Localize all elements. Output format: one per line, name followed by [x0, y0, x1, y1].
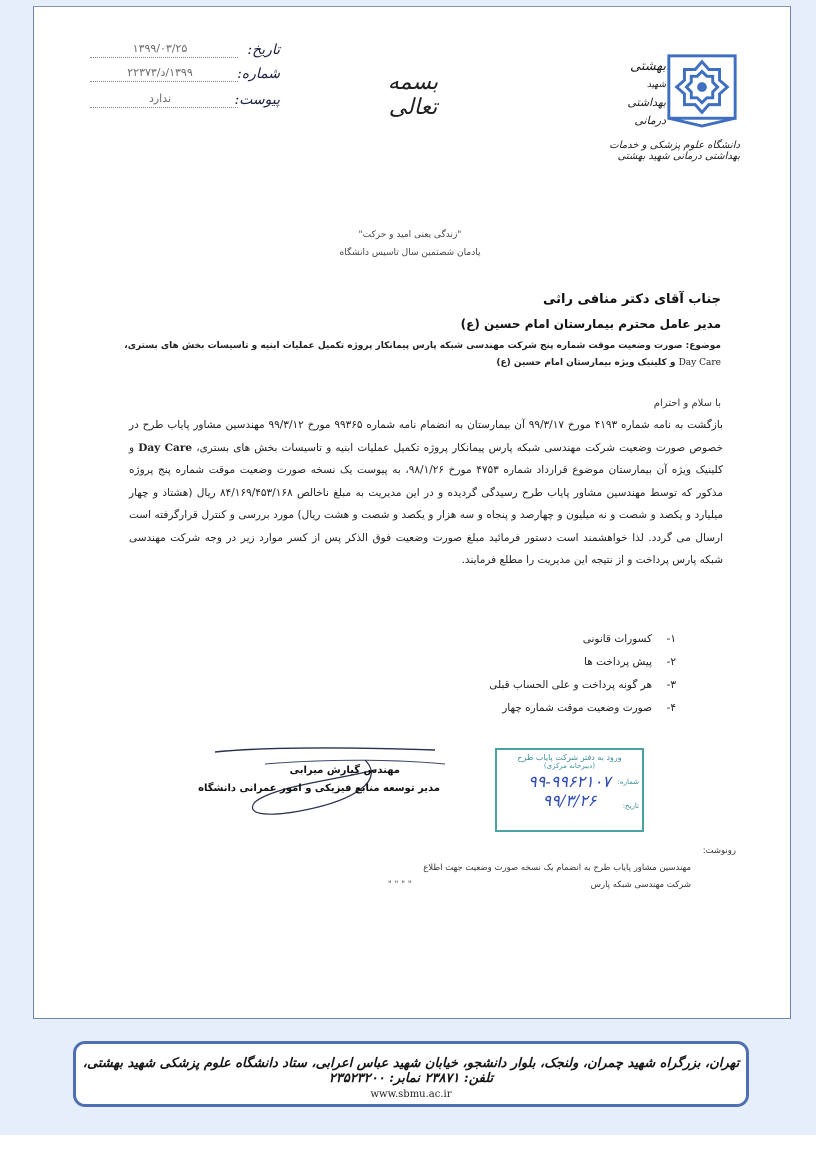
logo-line: شهید: [600, 76, 666, 94]
list-item: ۲-پیش پرداخت ها: [376, 651, 676, 674]
meta-date-value: ۱۳۹۹/۰۳/۲۵: [110, 42, 210, 55]
recipient: جناب آقای دکتر منافی راثی مدیر عامل محتر…: [261, 287, 721, 337]
body-day-care: Day Care: [138, 442, 192, 454]
stamp-subtitle: (دبیرخانه مرکزی): [497, 762, 642, 770]
recipient-title: مدیر عامل محترم بیمارستان امام حسین (ع): [261, 312, 721, 337]
cc-item: مهندسین مشاور پایاب طرح به انضمام یک نسخ…: [191, 860, 691, 877]
footer-address: تهران، بزرگراه شهید چمران، ولنجک، بلوار …: [76, 1056, 746, 1086]
meta-date: تاریخ: ۱۳۹۹/۰۳/۲۵: [90, 42, 230, 62]
meta-attachment-label: پیوست:: [234, 92, 280, 108]
list-item: ۱-کسورات قانونی: [376, 628, 676, 651]
meta-date-label: تاریخ:: [247, 42, 280, 58]
meta-attachment-value: ندارد: [130, 92, 190, 105]
slogan-line-2: یادمان شصتمین سال تاسیس دانشگاه: [300, 244, 520, 262]
cc-item: شرکت مهندسی شبکه پارس " " " ": [191, 877, 691, 894]
stamp-date-label: تاریخ:: [623, 802, 639, 810]
body-part-2: و کلینیک ویژه آن بیمارستان موضوع قرارداد…: [129, 442, 723, 567]
list-text: کسورات قانونی: [583, 633, 652, 645]
list-number: ۱-: [652, 628, 676, 651]
subject-day-care: Day Care: [679, 358, 721, 368]
list-item: ۴-صورت وضعیت موقت شماره چهار: [376, 697, 676, 720]
ditto-marks: " " " ": [388, 877, 588, 894]
stamp-date: ۹۹/۳/۲۶: [497, 791, 642, 810]
list-text: هر گونه پرداخت و علی الحساب قبلی: [489, 679, 652, 691]
meta-number-label: شماره:: [237, 66, 280, 82]
cc-recipient: مهندسین مشاور پایاب طرح به انضمام یک نسخ…: [423, 863, 691, 873]
deductions-list: ۱-کسورات قانونی ۲-پیش پرداخت ها ۳-هر گون…: [376, 628, 676, 720]
list-number: ۳-: [652, 674, 676, 697]
basmala: بسمه تعالی: [378, 70, 448, 120]
subject: موضوع: صورت وضعیت موقت شماره پنج شرکت مه…: [101, 338, 721, 372]
signature-block: مهندس گیارش میرابی مدیر توسعه منابع فیزی…: [180, 762, 440, 798]
signer-title: مدیر توسعه منابع فیزیکی و امور عمرانی دا…: [180, 780, 440, 798]
cc-recipient: شرکت مهندسی شبکه پارس: [591, 880, 691, 890]
letterhead-footer: تهران، بزرگراه شهید چمران، ولنجک، بلوار …: [73, 1041, 749, 1107]
subject-line-2: Day Care و کلینیک ویژه بیمارستان امام حس…: [101, 355, 721, 372]
dotted-line: [90, 57, 238, 58]
recipient-name: جناب آقای دکتر منافی راثی: [261, 287, 721, 312]
list-number: ۲-: [652, 651, 676, 674]
subject-line-1: موضوع: صورت وضعیت موقت شماره پنج شرکت مه…: [101, 338, 721, 355]
logo-text: بهشتی شهید بهداشتی درمانی: [600, 58, 666, 130]
signer-name: مهندس گیارش میرابی: [180, 762, 400, 780]
received-stamp: ورود به دفتر شرکت پایاب طرح (دبیرخانه مر…: [495, 748, 644, 832]
stamp-number-label: شماره:: [618, 778, 639, 786]
meta-attachment: پیوست: ندارد: [90, 92, 230, 112]
dotted-line: [90, 81, 238, 82]
list-text: پیش پرداخت ها: [584, 656, 652, 668]
logo-line: بهشتی: [600, 58, 666, 76]
subject-line-2-text: و کلینیک ویژه بیمارستان امام حسین (ع): [496, 358, 675, 368]
list-text: صورت وضعیت موقت شماره چهار: [502, 702, 652, 714]
slogan-line-1: "زندگی یعنی امید و حرکت": [300, 226, 520, 244]
dotted-line: [90, 107, 238, 108]
meta-number: شماره: ۱۳۹۹/د/۲۲۳۷۳: [90, 66, 230, 86]
meta-number-value: ۱۳۹۹/د/۲۲۳۷۳: [110, 66, 210, 79]
footer-website-link[interactable]: www.sbmu.ac.ir: [76, 1089, 746, 1100]
letter-body: بازگشت به نامه شماره ۴۱۹۳ مورخ ۹۹/۳/۱۷ آ…: [129, 414, 723, 572]
university-name: دانشگاه علوم پزشکی و خدمات بهداشتی درمان…: [605, 140, 740, 162]
scan-background: تاریخ: ۱۳۹۹/۰۳/۲۵ شماره: ۱۳۹۹/د/۲۲۳۷۳ پی…: [0, 0, 816, 1135]
logo-line: بهداشتی درمانی: [600, 94, 666, 130]
list-item: ۳-هر گونه پرداخت و علی الحساب قبلی: [376, 674, 676, 697]
cc-title: رونوشت:: [191, 843, 736, 860]
body-part-1: بازگشت به نامه شماره ۴۱۹۳ مورخ ۹۹/۳/۱۷ آ…: [129, 419, 723, 454]
greeting: با سلام و احترام: [654, 398, 721, 409]
slogan: "زندگی یعنی امید و حرکت" یادمان شصتمین س…: [300, 226, 520, 262]
list-number: ۴-: [652, 697, 676, 720]
carbon-copy: رونوشت: مهندسین مشاور پایاب طرح به انضما…: [191, 843, 691, 894]
university-logo-icon: [663, 50, 741, 128]
stamp-title: ورود به دفتر شرکت پایاب طرح: [497, 753, 642, 762]
